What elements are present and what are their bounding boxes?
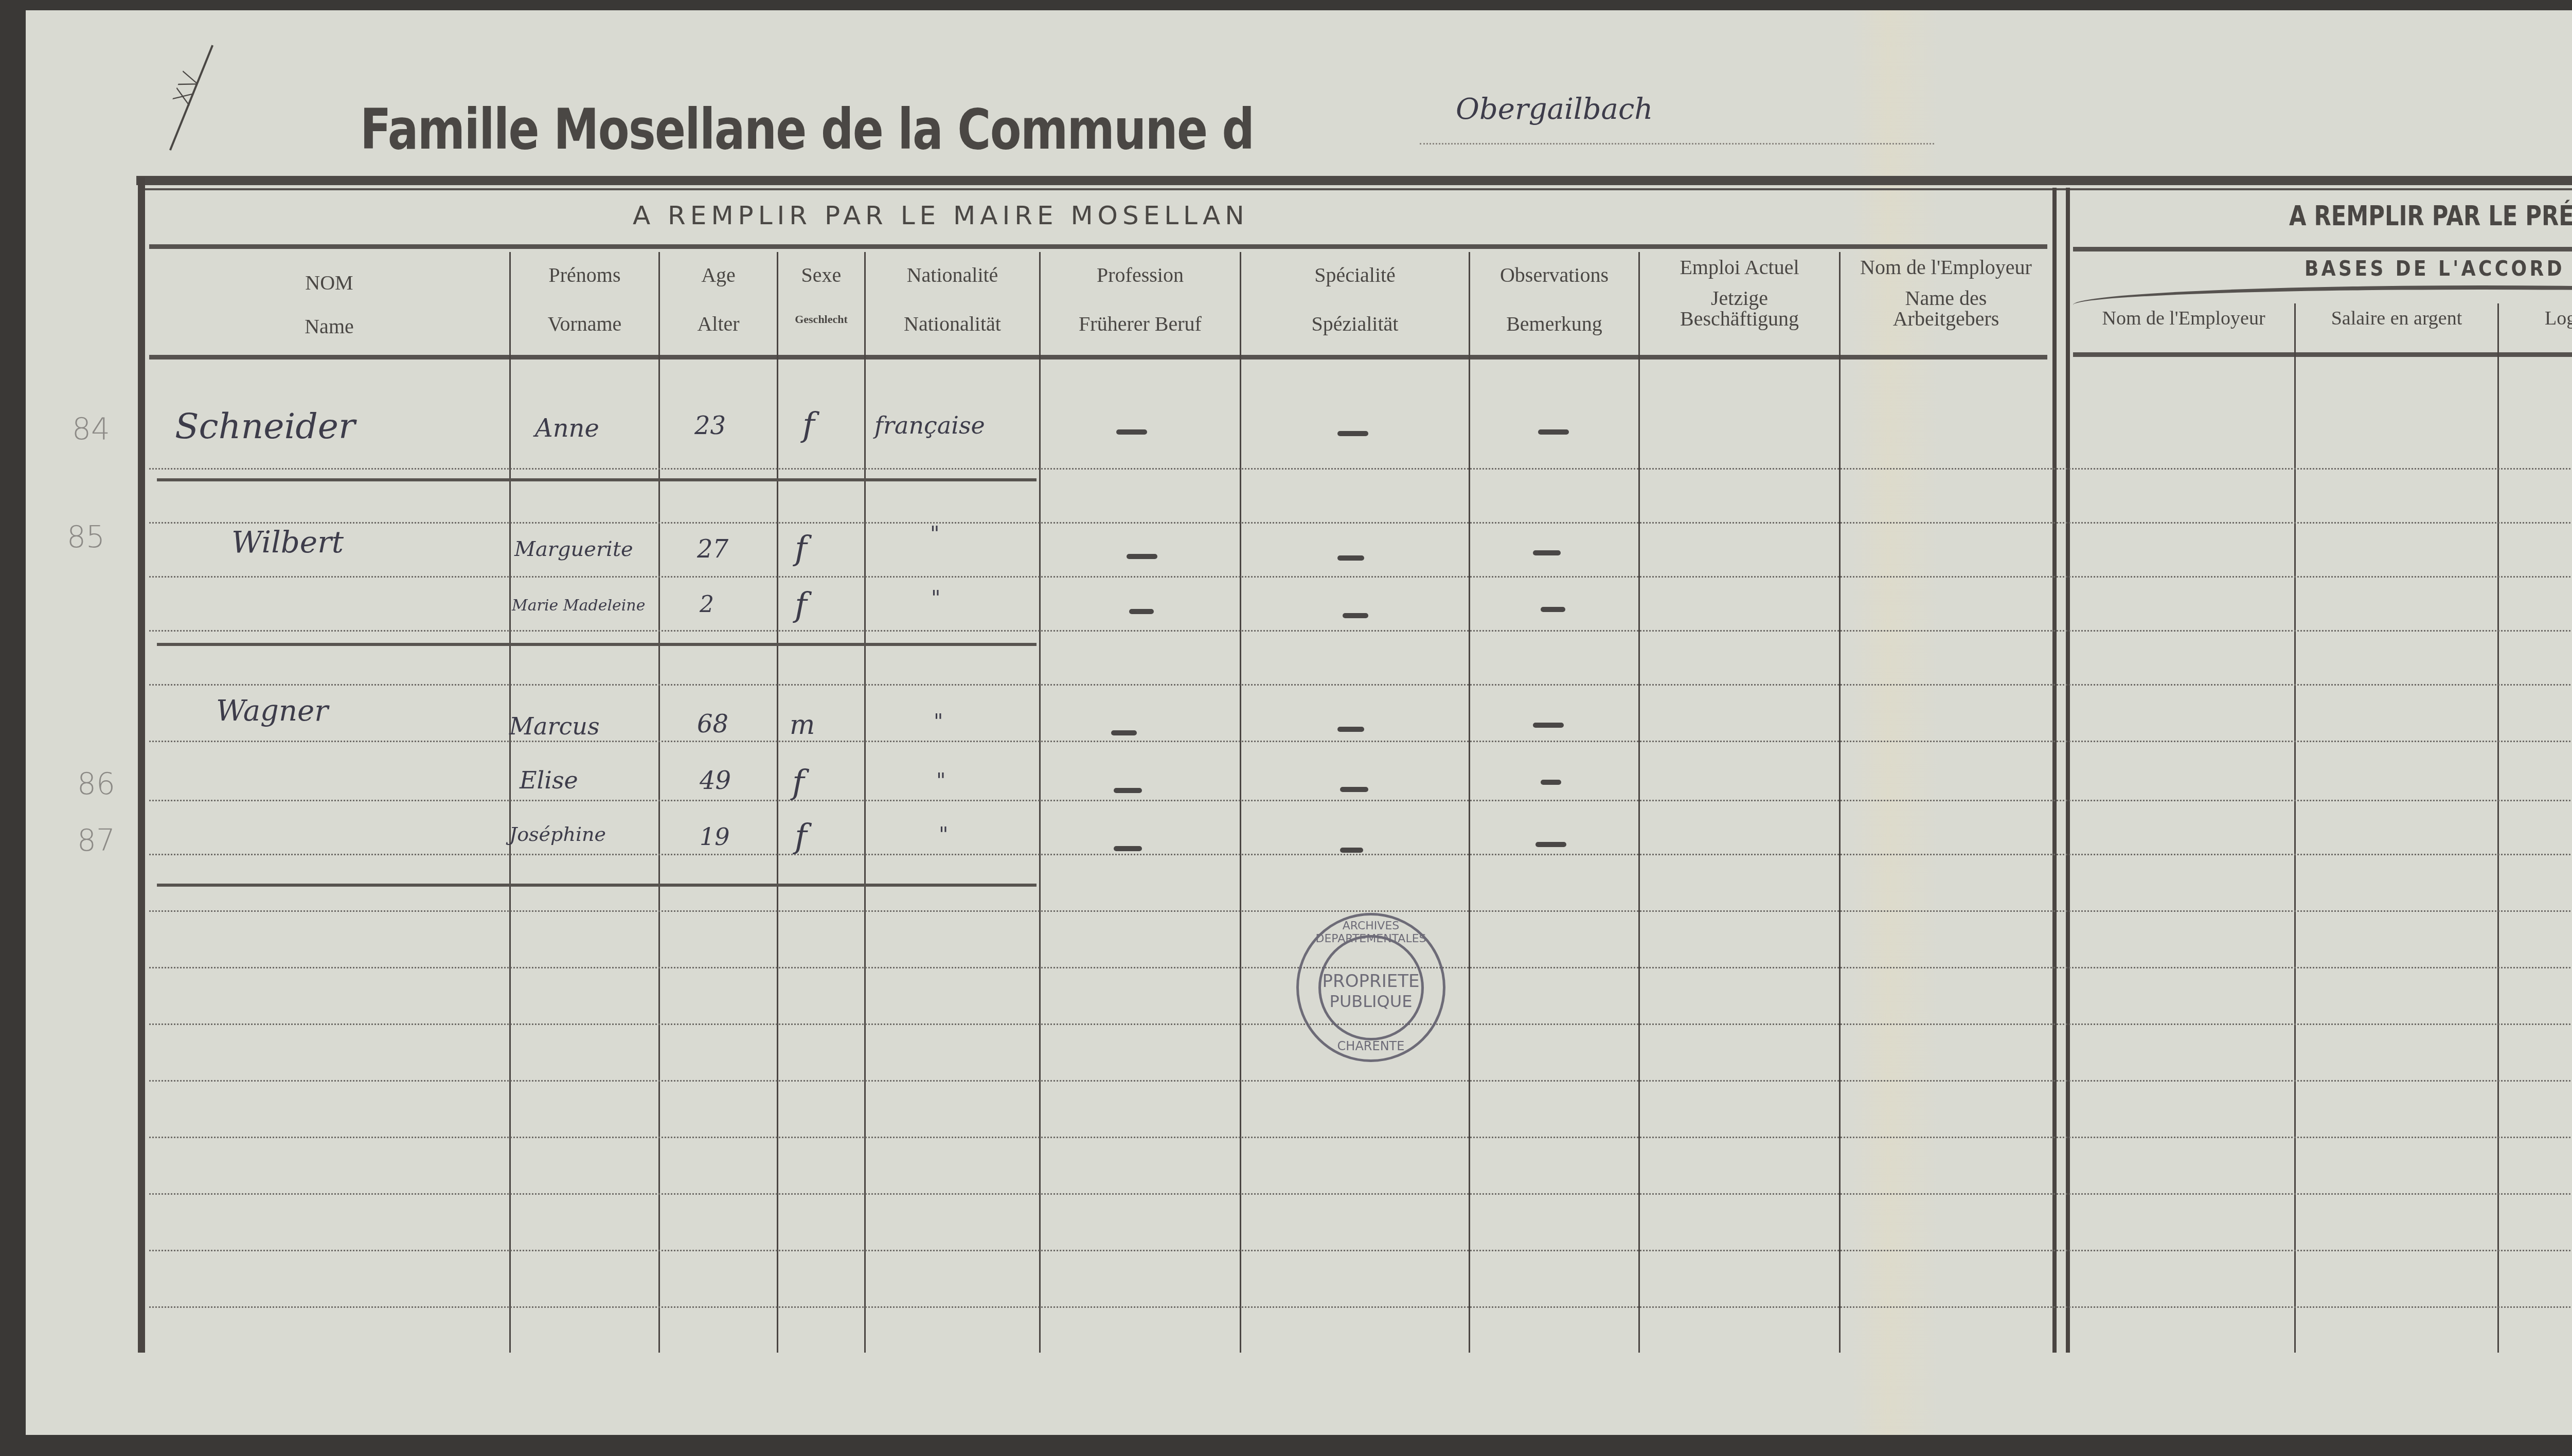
cell-age[interactable]: 68 bbox=[697, 710, 728, 739]
cell-nom[interactable]: Schneider bbox=[175, 406, 355, 447]
col-header-nom: NOMName bbox=[149, 273, 509, 337]
family-separator bbox=[157, 478, 1037, 481]
col-header-r-salaire: Salaire en argent bbox=[2296, 309, 2497, 328]
group-label-bases: BASES DE L'ACCORD bbox=[2305, 257, 2565, 281]
cell-profession-dash[interactable] bbox=[1129, 609, 1154, 614]
ref-number: 86 bbox=[77, 766, 115, 801]
cell-specialite-dash[interactable] bbox=[1340, 848, 1363, 853]
row-rule bbox=[149, 1306, 2572, 1308]
archive-stamp: ARCHIVES DEPARTEMENTALES PROPRIETE PUBLI… bbox=[1296, 913, 1445, 1062]
col-line bbox=[2294, 303, 2296, 1353]
banner-rule-right bbox=[2073, 247, 2572, 251]
cell-specialite-dash[interactable] bbox=[1340, 787, 1368, 792]
cell-observations-dash[interactable] bbox=[1541, 607, 1565, 612]
cell-age[interactable]: 19 bbox=[700, 823, 730, 851]
row-rule bbox=[149, 1080, 2572, 1082]
cell-prenom[interactable]: Anne bbox=[535, 414, 599, 443]
stamp-bottom-text: CHARENTE bbox=[1299, 1039, 1443, 1053]
family-separator bbox=[157, 643, 1037, 646]
stamp-center-1: PROPRIETE bbox=[1299, 971, 1443, 992]
col-header-r-logement: Logement bbox=[2499, 309, 2572, 328]
col-header-specialite: SpécialitéSpézialität bbox=[1241, 265, 1469, 334]
cell-specialite-dash[interactable] bbox=[1337, 727, 1364, 732]
cell-profession-dash[interactable] bbox=[1111, 730, 1137, 735]
row-rule bbox=[149, 468, 2572, 470]
top-border-inner bbox=[144, 188, 2572, 190]
col-header-age: AgeAlter bbox=[660, 265, 777, 334]
cell-age[interactable]: 27 bbox=[697, 535, 728, 564]
title-left: Famille Mosellane de la Commune d bbox=[360, 98, 1254, 162]
cell-profession-dash[interactable] bbox=[1114, 846, 1142, 851]
commune-name[interactable]: Obergailbach bbox=[1456, 93, 1653, 126]
col-line bbox=[1839, 252, 1841, 1353]
top-border bbox=[136, 176, 2572, 185]
cell-sexe[interactable]: f bbox=[802, 406, 815, 444]
ref-number: 84 bbox=[72, 411, 110, 446]
ref-number: 85 bbox=[67, 519, 105, 554]
cell-observations-dash[interactable] bbox=[1535, 842, 1566, 847]
stamp-center-2: PUBLIQUE bbox=[1299, 992, 1443, 1011]
row-rule bbox=[149, 576, 2572, 578]
form-sheet bbox=[26, 10, 2572, 1435]
cell-sexe[interactable]: f bbox=[795, 586, 807, 624]
cell-nationalite[interactable]: française bbox=[874, 411, 985, 439]
stamp-ring-text: ARCHIVES DEPARTEMENTALES bbox=[1299, 920, 1443, 945]
cell-specialite-dash[interactable] bbox=[1343, 613, 1368, 618]
row-rule bbox=[149, 741, 2572, 742]
cell-observations-dash[interactable] bbox=[1541, 780, 1561, 785]
col-line bbox=[1638, 252, 1640, 1353]
commune-underline bbox=[1420, 143, 1934, 145]
row-rule bbox=[149, 522, 2572, 524]
cell-age[interactable]: 23 bbox=[694, 411, 726, 440]
left-banner: A REMPLIR PAR LE MAIRE MOSELLAN bbox=[633, 201, 1249, 230]
col-header-nationalite: NationalitéNationalität bbox=[866, 265, 1039, 334]
col-header-nom-employeur: Nom de l'EmployeurName des Arbeitgebers bbox=[1841, 257, 2051, 329]
row-rule bbox=[149, 1250, 2572, 1251]
cell-profession-dash[interactable] bbox=[1116, 429, 1147, 435]
cell-sexe[interactable]: m bbox=[790, 710, 815, 741]
cell-nationalite[interactable]: " bbox=[939, 823, 948, 847]
cell-profession-dash[interactable] bbox=[1127, 554, 1157, 559]
col-header-r-employeur: Nom de l'Employeur bbox=[2073, 309, 2294, 328]
col-line bbox=[1469, 252, 1470, 1353]
cell-observations-dash[interactable] bbox=[1533, 550, 1561, 555]
cell-profession-dash[interactable] bbox=[1114, 788, 1142, 793]
col-line bbox=[1240, 252, 1241, 1353]
banner-rule-left bbox=[149, 244, 2047, 249]
cell-sexe[interactable]: f bbox=[792, 764, 805, 802]
left-border bbox=[138, 177, 145, 1353]
cell-specialite-dash[interactable] bbox=[1337, 431, 1368, 436]
cell-observations-dash[interactable] bbox=[1538, 429, 1569, 435]
cell-nationalite[interactable]: " bbox=[936, 769, 945, 793]
row-rule bbox=[149, 630, 2572, 632]
col-header-observations: ObservationsBemerkung bbox=[1470, 265, 1638, 334]
row-rule bbox=[149, 1193, 2572, 1195]
cell-prenom[interactable]: Elise bbox=[520, 766, 578, 794]
right-banner: A REMPLIR PAR LE PRÉSIDENT DU COMITÉ COM… bbox=[2289, 200, 2572, 232]
family-separator bbox=[157, 884, 1037, 887]
cell-prenom[interactable]: Marguerite bbox=[514, 537, 633, 561]
row-rule bbox=[149, 800, 2572, 801]
cell-sexe[interactable]: f bbox=[795, 530, 807, 568]
col-line bbox=[864, 252, 866, 1353]
header-rule-left bbox=[149, 355, 2047, 359]
row-rule bbox=[149, 684, 2572, 686]
col-header-profession: ProfessionFrüherer Beruf bbox=[1041, 265, 1240, 334]
col-line bbox=[1039, 252, 1041, 1353]
cell-age[interactable]: 2 bbox=[700, 591, 714, 618]
col-line bbox=[658, 252, 660, 1353]
cell-age[interactable]: 49 bbox=[700, 766, 731, 795]
center-divider-a bbox=[2052, 188, 2057, 1353]
col-line bbox=[777, 252, 778, 1353]
cell-nationalite[interactable]: " bbox=[930, 522, 939, 546]
col-line bbox=[509, 252, 511, 1353]
center-divider-b bbox=[2066, 188, 2070, 1353]
row-rule bbox=[149, 854, 2572, 855]
cell-observations-dash[interactable] bbox=[1533, 723, 1564, 728]
cell-nom[interactable]: Wilbert bbox=[231, 525, 344, 560]
row-rule bbox=[149, 1137, 2572, 1138]
cell-nationalite[interactable]: " bbox=[934, 710, 943, 733]
cell-sexe[interactable]: f bbox=[795, 818, 807, 856]
cell-specialite-dash[interactable] bbox=[1337, 555, 1364, 561]
ref-number: 87 bbox=[77, 823, 115, 858]
cell-prenom[interactable]: Marie Madeleine bbox=[512, 597, 645, 615]
col-header-prenoms: PrénomsVorname bbox=[511, 265, 658, 334]
col-header-sexe: SexeGeschlecht bbox=[778, 265, 864, 325]
col-line bbox=[2497, 303, 2499, 1353]
cell-nom[interactable]: Wagner bbox=[216, 694, 328, 728]
cell-prenom[interactable]: Joséphine bbox=[509, 823, 606, 846]
cell-nationalite[interactable]: " bbox=[931, 586, 940, 610]
col-header-emploi-actuel: Emploi ActuelJetzige Beschäftigung bbox=[1640, 257, 1839, 329]
row-rule bbox=[149, 910, 2572, 912]
cell-prenom[interactable]: Marcus bbox=[509, 712, 600, 740]
